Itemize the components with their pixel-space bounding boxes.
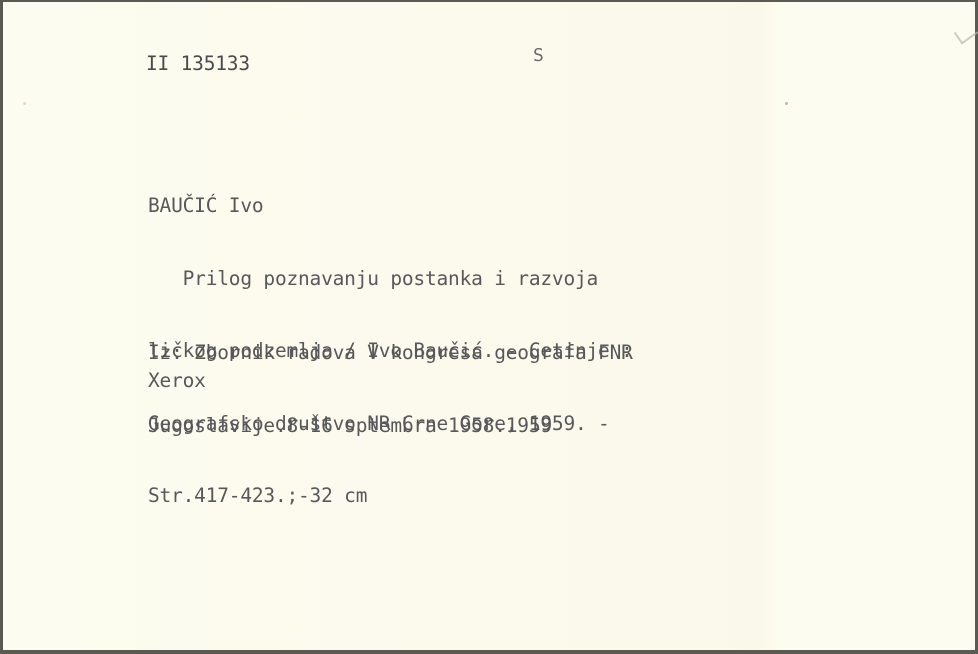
format-note: Xerox — [148, 369, 206, 393]
source-line: Iz: Zbornik radova V kongresa geografa F… — [148, 341, 633, 366]
author-heading: BAUČIĆ Ivo — [148, 194, 633, 219]
classification-mark: S — [533, 44, 544, 68]
checkmark-icon — [954, 22, 978, 45]
catalog-card: II 135133 S BAUČIĆ Ivo Prilog poznavanju… — [3, 2, 975, 650]
description-line: Str.417-423.;-32 cm — [148, 484, 633, 509]
description-line: Prilog poznavanju postanka i razvoja — [148, 267, 633, 292]
call-number: II 135133 — [146, 52, 250, 76]
source-line: Jugoslavije.8-16 sptembra 1958.1959 — [148, 414, 633, 439]
paper-speck — [23, 102, 26, 105]
source-note: Iz: Zbornik radova V kongresa geografa F… — [148, 293, 633, 486]
paper-speck — [785, 102, 788, 105]
